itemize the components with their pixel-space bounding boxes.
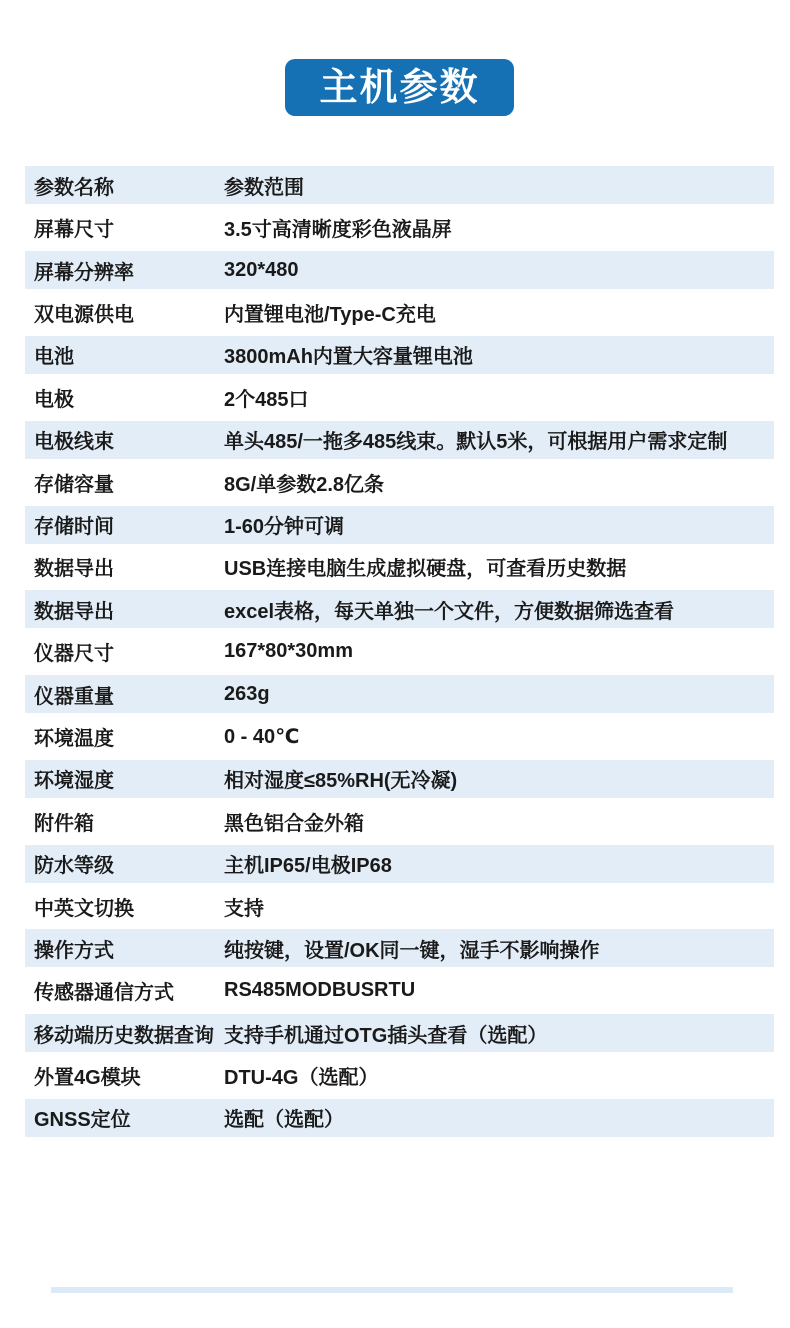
param-value-cell: DTU-4G（选配） [224, 1061, 774, 1090]
param-value-cell: 纯按键，设置/OK同一键，湿手不影响操作 [224, 934, 774, 963]
table-row: 环境温度0 - 40℃ [25, 717, 774, 755]
table-row: 屏幕分辨率320*480 [25, 251, 774, 289]
param-value-cell: 支持手机通过OTG插头查看（选配） [224, 1019, 774, 1048]
param-name-cell: 屏幕尺寸 [25, 213, 224, 242]
param-name-cell: 数据导出 [25, 552, 224, 581]
param-value-cell: 8G/单参数2.8亿条 [224, 468, 774, 497]
footer-divider [51, 1287, 733, 1293]
param-name-cell: 传感器通信方式 [25, 976, 224, 1005]
param-name-cell: 双电源供电 [25, 298, 224, 327]
param-name-cell: 操作方式 [25, 934, 224, 963]
table-header-row: 参数名称参数范围 [25, 166, 774, 204]
param-name-header: 参数名称 [25, 171, 224, 200]
table-row: 仪器重量263g [25, 675, 774, 713]
param-value-cell: 2个485口 [224, 383, 774, 412]
table-row: 电极2个485口 [25, 378, 774, 416]
table-row: 数据导出USB连接电脑生成虚拟硬盘，可查看历史数据 [25, 548, 774, 586]
param-value-cell: 0 - 40℃ [224, 724, 774, 749]
param-name-cell: GNSS定位 [25, 1103, 224, 1132]
param-name-cell: 移动端历史数据查询 [25, 1019, 224, 1048]
param-name-cell: 存储时间 [25, 510, 224, 539]
param-value-cell: 167*80*30mm [224, 640, 774, 663]
table-row: 中英文切换支持 [25, 887, 774, 925]
table-row: 环境湿度相对湿度≤85%RH(无冷凝) [25, 760, 774, 798]
param-value-cell: 3.5寸高清晰度彩色液晶屏 [224, 213, 774, 242]
param-name-cell: 中英文切换 [25, 892, 224, 921]
param-name-cell: 数据导出 [25, 595, 224, 624]
param-value-cell: 相对湿度≤85%RH(无冷凝) [224, 764, 774, 793]
param-value-cell: 263g [224, 683, 774, 706]
param-value-cell: 支持 [224, 892, 774, 921]
param-value-cell: 内置锂电池/Type-C充电 [224, 298, 774, 327]
param-value-cell: 3800mAh内置大容量锂电池 [224, 340, 774, 369]
param-value-cell: 320*480 [224, 259, 774, 282]
param-value-cell: excel表格，每天单独一个文件，方便数据筛选查看 [224, 595, 774, 624]
table-row: 外置4G模块DTU-4G（选配） [25, 1057, 774, 1095]
table-row: 屏幕尺寸3.5寸高清晰度彩色液晶屏 [25, 209, 774, 247]
param-name-cell: 附件箱 [25, 807, 224, 836]
param-value-cell: RS485MODBUSRTU [224, 979, 774, 1002]
param-name-cell: 环境温度 [25, 722, 224, 751]
param-name-cell: 电极 [25, 383, 224, 412]
table-row: 移动端历史数据查询支持手机通过OTG插头查看（选配） [25, 1014, 774, 1052]
param-name-cell: 外置4G模块 [25, 1061, 224, 1090]
param-name-cell: 电池 [25, 340, 224, 369]
param-name-cell: 环境湿度 [25, 764, 224, 793]
table-row: 存储容量8G/单参数2.8亿条 [25, 463, 774, 501]
table-row: 存储时间1-60分钟可调 [25, 506, 774, 544]
param-value-cell: 选配（选配） [224, 1103, 774, 1132]
param-value-cell: 主机IP65/电极IP68 [224, 849, 774, 878]
section-title: 主机参数 [319, 69, 479, 107]
table-row: 双电源供电内置锂电池/Type-C充电 [25, 294, 774, 332]
table-row: 电池3800mAh内置大容量锂电池 [25, 336, 774, 374]
param-name-cell: 电极线束 [25, 425, 224, 454]
param-value-header: 参数范围 [224, 171, 774, 200]
table-row: 防水等级主机IP65/电极IP68 [25, 845, 774, 883]
param-name-cell: 仪器重量 [25, 680, 224, 709]
section-title-badge: 主机参数 [285, 59, 514, 116]
table-row: 附件箱黑色铝合金外箱 [25, 802, 774, 840]
table-row: 数据导出excel表格，每天单独一个文件，方便数据筛选查看 [25, 590, 774, 628]
param-name-cell: 存储容量 [25, 468, 224, 497]
spec-table: 参数名称参数范围屏幕尺寸3.5寸高清晰度彩色液晶屏屏幕分辨率320*480双电源… [25, 162, 774, 1141]
param-name-cell: 仪器尺寸 [25, 637, 224, 666]
table-row: 操作方式纯按键，设置/OK同一键，湿手不影响操作 [25, 929, 774, 967]
param-value-cell: 单头485/一拖多485线束。默认5米，可根据用户需求定制 [224, 425, 774, 454]
param-value-cell: 1-60分钟可调 [224, 510, 774, 539]
param-value-cell: USB连接电脑生成虚拟硬盘，可查看历史数据 [224, 552, 774, 581]
param-name-cell: 屏幕分辨率 [25, 256, 224, 285]
table-row: 传感器通信方式RS485MODBUSRTU [25, 972, 774, 1010]
table-row: GNSS定位选配（选配） [25, 1099, 774, 1137]
param-value-cell: 黑色铝合金外箱 [224, 807, 774, 836]
table-row: 电极线束单头485/一拖多485线束。默认5米，可根据用户需求定制 [25, 421, 774, 459]
table-row: 仪器尺寸167*80*30mm [25, 633, 774, 671]
param-name-cell: 防水等级 [25, 849, 224, 878]
